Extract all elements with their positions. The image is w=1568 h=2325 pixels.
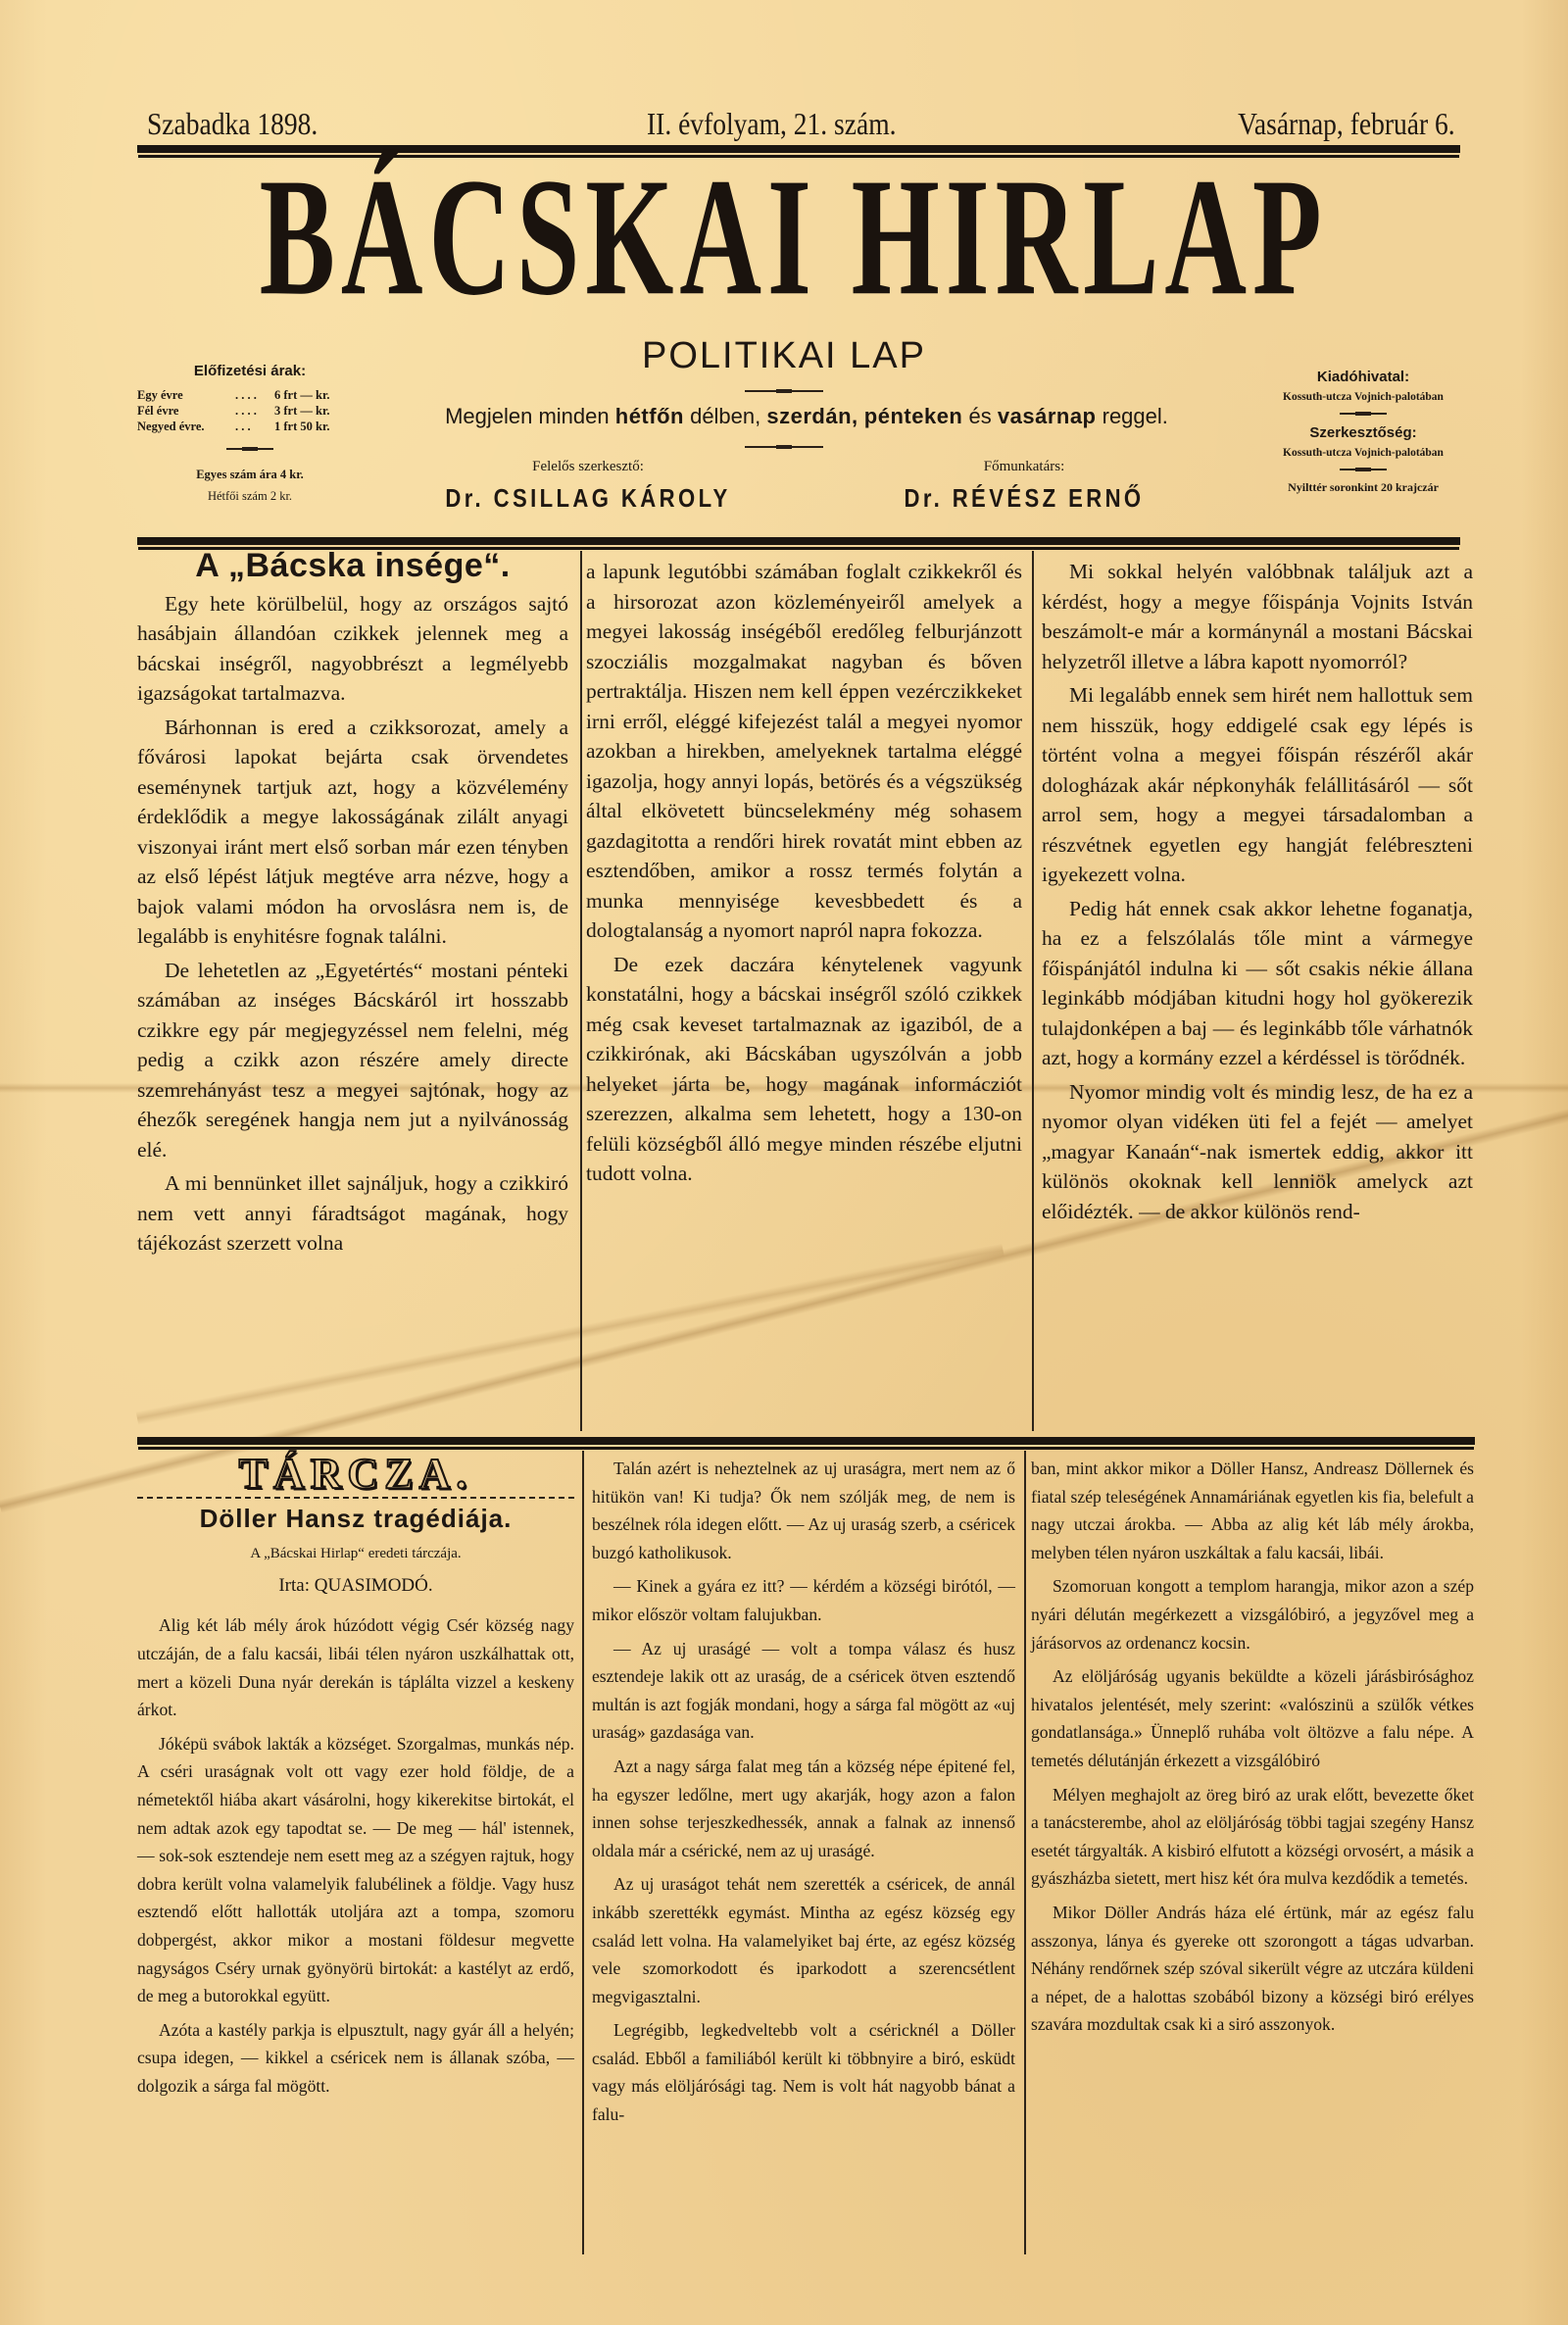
editorial-office-address: Kossuth-utcza Vojnich-palotában — [1237, 447, 1490, 459]
publishing-office-address: Kossuth-utcza Vojnich-palotában — [1237, 391, 1490, 403]
schedule-day-monday: hétfőn — [615, 404, 684, 428]
paragraph: Egy hete körülbelül, hogy az országos sa… — [137, 589, 568, 709]
paragraph: Alig két láb mély árok húzódott végig Cs… — [137, 1611, 574, 1723]
newspaper-page: Szabadka 1898. II. évfolyam, 21. szám. V… — [0, 0, 1568, 2325]
open-space-price: Nyilttér soronkint 20 krajczár — [1237, 480, 1490, 495]
paragraph: Azt a nagy sárga falat meg tán a község … — [592, 1753, 1015, 1864]
paper-crease — [136, 1243, 1004, 1424]
publisher-info: Kiadóhivatal: Kossuth-utcza Vojnich-palo… — [1237, 369, 1490, 495]
paragraph: ban, mint akkor mikor a Döller Hansz, An… — [1031, 1455, 1474, 1566]
single-issue-price: Egyes szám ára 4 kr. — [137, 464, 363, 485]
feuilleton-subtitle: A „Bácskai Hirlap“ eredeti tárczája. — [137, 1540, 574, 1568]
lead-article-column-1: A „Bácska insége“. Egy hete körülbelül, … — [137, 551, 568, 1262]
dateline-place-year: Szabadka 1898. — [147, 106, 318, 142]
paragraph: Jóképü svábok lakták a községet. Szorgal… — [137, 1730, 574, 2010]
ornament-separator — [745, 390, 823, 392]
column-rule — [582, 1451, 584, 2254]
schedule-midday: délben, — [690, 404, 760, 428]
paragraph: Pedig hát ennek csak akkor lehetne fogan… — [1042, 894, 1473, 1073]
ornament-separator — [1340, 469, 1387, 470]
paragraph: De ezek daczára kénytelenek vagyunk kons… — [586, 950, 1022, 1189]
section-divider-rule — [137, 1437, 1475, 1447]
masthead-subtitle: POLITIKAI LAP — [549, 335, 1019, 377]
schedule-day-sunday: vasárnap — [998, 404, 1097, 428]
price-row: Fél évre . . . . 3 frt — kr. — [137, 403, 363, 419]
paragraph: Talán azért is neheztelnek az uj uraságr… — [592, 1455, 1015, 1566]
paragraph: De lehetetlen az „Egyetértés“ mostani pé… — [137, 956, 568, 1165]
paragraph: — Az uj uraságé — volt a tompa válasz és… — [592, 1635, 1015, 1747]
lead-article-headline: A „Bácska insége“. — [137, 551, 568, 581]
feuilleton-column-2: Talán azért is neheztelnek az uj uraságr… — [592, 1455, 1015, 2135]
masthead: BÁCSKAI HIRLAP — [147, 174, 1441, 322]
masthead-bottom-rule — [137, 537, 1460, 547]
ornament-separator — [745, 446, 823, 448]
column-rule — [1024, 1451, 1026, 2254]
subscription-title: Előfizetési árak: — [137, 363, 363, 379]
feuilleton-author: Irta: QUASIMODÓ. — [137, 1572, 574, 1601]
schedule-and: és — [969, 404, 992, 428]
dateline-volume-issue: II. évfolyam, 21. szám. — [647, 106, 896, 142]
column-rule — [1032, 551, 1034, 1431]
schedule-morning: reggel. — [1102, 404, 1168, 428]
monday-issue-price: Hétfői szám 2 kr. — [137, 485, 363, 507]
lead-article-column-2: a lapunk legutóbbi számában foglalt czik… — [586, 557, 1022, 1193]
feuilleton-title: Döller Hansz tragédiája. — [137, 1505, 574, 1533]
ornament-separator — [1340, 413, 1387, 415]
lead-article-column-3: Mi sokkal helyén valóbbnak találjuk azt … — [1042, 557, 1473, 1230]
responsible-editor-name: Dr. CSILLAG KÁROLY — [421, 483, 755, 514]
column-rule — [580, 551, 582, 1431]
paragraph: Azóta a kastély parkja is elpusztult, na… — [137, 2016, 574, 2101]
chief-collaborator-role: Főmunkatárs: — [828, 459, 1220, 475]
paragraph: Mikor Döller András háza elé értünk, már… — [1031, 1899, 1474, 2039]
feuilleton-section-title: TÁRCZA. — [137, 1460, 574, 1489]
schedule-day-wednesday: szerdán, — [766, 404, 857, 428]
paragraph: Mélyen meghajolt az öreg biró az urak el… — [1031, 1781, 1474, 1893]
paragraph: — Kinek a gyára ez itt? — kérdém a közsé… — [592, 1572, 1015, 1628]
paragraph: Az elöljáróság ugyanis beküldte a közeli… — [1031, 1662, 1474, 1774]
paragraph: A mi bennünket illet sajnáljuk, hogy a c… — [137, 1168, 568, 1259]
paragraph: Nyomor mindig volt és mindig lesz, de ha… — [1042, 1077, 1473, 1227]
chief-collaborator-name: Dr. RÉVÉSZ ERNŐ — [857, 483, 1191, 514]
chief-collaborator: Főmunkatárs: Dr. RÉVÉSZ ERNŐ — [828, 459, 1220, 514]
paragraph: a lapunk legutóbbi számában foglalt czik… — [586, 557, 1022, 946]
responsible-editor-role: Felelős szerkesztő: — [392, 459, 784, 475]
price-row: Negyed évre. . . . 1 frt 50 kr. — [137, 419, 363, 434]
paragraph: Mi sokkal helyén valóbbnak találjuk azt … — [1042, 557, 1473, 676]
price-row: Egy évre . . . . 6 frt — kr. — [137, 387, 363, 403]
feuilleton-column-3: ban, mint akkor mikor a Döller Hansz, An… — [1031, 1455, 1474, 2045]
paragraph: Mi legalább ennek sem hirét nem hallottu… — [1042, 680, 1473, 890]
paragraph: Legrégibb, legkedveltebb volt a csérickn… — [592, 2016, 1015, 2128]
editorial-office-title: Szerkesztőség: — [1237, 424, 1490, 441]
dateline-day-date: Vasárnap, február 6. — [1238, 106, 1455, 142]
feuilleton-column-1: TÁRCZA. Döller Hansz tragédiája. A „Bács… — [137, 1460, 574, 2105]
masthead-title: BÁCSKAI HIRLAP — [260, 174, 1328, 301]
subscription-prices: Előfizetési árak: Egy évre . . . . 6 frt… — [137, 363, 363, 507]
dateline: Szabadka 1898. II. évfolyam, 21. szám. V… — [147, 106, 1455, 145]
publication-schedule: Megjelen minden hétfőn délben, szerdán, … — [375, 404, 1238, 429]
schedule-day-friday: pénteken — [864, 404, 963, 428]
paragraph: Az uj uraságot tehát nem szerették a csé… — [592, 1870, 1015, 2010]
publishing-office-title: Kiadóhivatal: — [1237, 369, 1490, 385]
paragraph: Bárhonnan is ered a czikksorozat, amely … — [137, 713, 568, 952]
ornament-separator — [226, 448, 273, 450]
paragraph: Szomoruan kongott a templom harangja, mi… — [1031, 1572, 1474, 1657]
schedule-prefix: Megjelen minden — [445, 404, 610, 428]
responsible-editor: Felelős szerkesztő: Dr. CSILLAG KÁROLY — [392, 459, 784, 514]
